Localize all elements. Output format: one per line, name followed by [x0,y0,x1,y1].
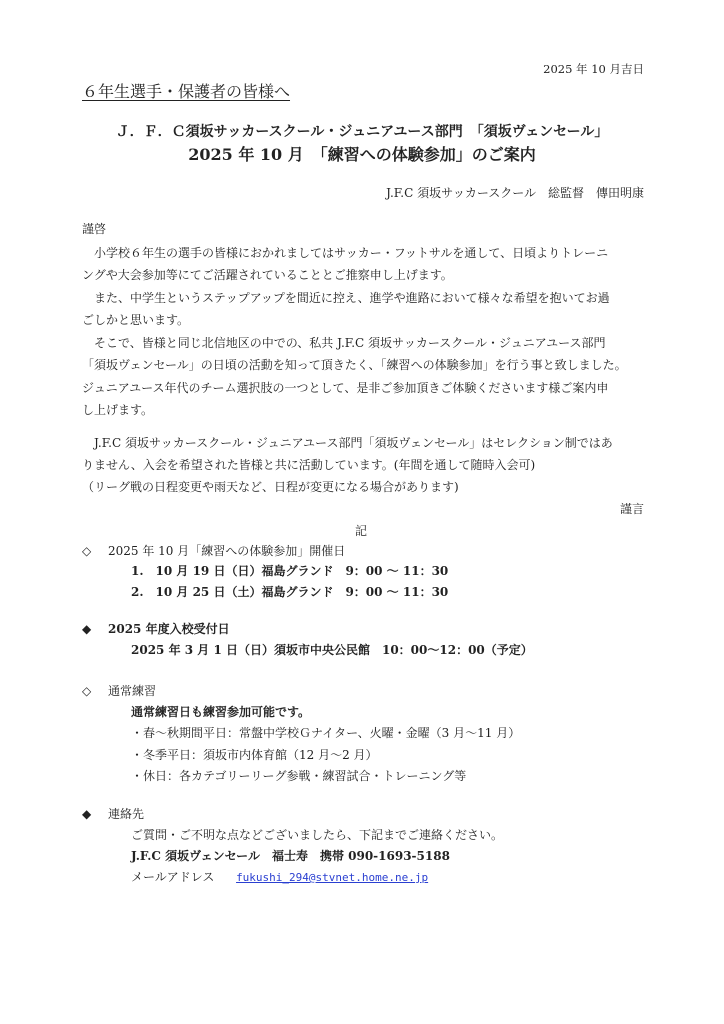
contact-email-row: メールアドレス fukushi_294@stvnet.home.ne.jp [131,868,428,885]
regular-item: ・休日：各カテゴリーリーグ参戦・練習試合・トレーニング等 [131,767,466,784]
trial-section-heading: ◇2025 年 10 月「練習への体験参加」開催日 [82,542,345,559]
sender-line: J.F.C 須坂サッカースクール 総監督 傳田明康 [386,184,644,201]
trial-date-item: 2. 10 月 25 日（土）福島グランド 9：00 〜 11：30 [131,583,448,600]
body-line: （リーグ戦の日程変更や雨天など、日程が変更になる場合があります) [82,478,459,495]
body-line: 「須坂ヴェンセール」の日頃の活動を知って頂きたく、「練習への体験参加」を行う事と… [82,356,627,373]
contact-intro: ご質問・ご不明な点などございましたら、下記までご連絡ください。 [131,826,503,843]
body-line: りません、入会を希望された皆様と共に活動しています。(年間を通して随時入会可) [82,456,535,473]
regular-item: ・春〜秋期間平日：常盤中学校Ｇナイター、火曜・金曜（3 月〜11 月） [131,724,520,741]
email-label: メールアドレス [131,870,214,884]
addressee-heading: ６年生選手・保護者の皆様へ [82,79,290,102]
body-line: そこで、皆様と同じ北信地区の中での、私共 J.F.C 須坂サッカースクール・ジュ… [82,334,606,351]
hollow-diamond-icon: ◇ [82,544,108,558]
body-line: J.F.C 須坂サッカースクール・ジュニアユース部門「須坂ヴェンセール」はセレク… [82,434,613,451]
filled-diamond-icon: ◆ [82,622,108,636]
contact-name-phone: J.F.C 須坂ヴェンセール 福士寿 携帯 090-1693-5188 [131,847,450,864]
email-link[interactable]: fukushi_294@stvnet.home.ne.jp [236,871,428,884]
trial-date-item: 1. 10 月 19 日（日）福島グランド 9：00 〜 11：30 [131,562,448,579]
regular-heading-text: 通常練習 [108,684,156,698]
body-line: ングや大会参加等にてご活躍されていることとご推察申し上げます。 [82,266,453,283]
regular-note: 通常練習日も練習参加可能です。 [131,703,310,720]
contact-heading-text: 連絡先 [108,807,144,821]
filled-diamond-icon: ◆ [82,807,108,821]
hollow-diamond-icon: ◇ [82,684,108,698]
body-line: し上げます。 [82,401,153,418]
regular-item: ・冬季平日：須坂市内体育館（12 月〜2 月） [131,746,378,763]
closing-word: 謹言 [620,500,644,517]
body-line: ジュニアユース年代のチーム選択肢の一つとして、是非ご参加頂きご体験くださいます様… [82,379,608,396]
document-title-line2: 2025 年 10 月 「練習への体験参加」のご案内 [0,142,724,165]
opening-greeting: 謹啓 [82,220,106,237]
body-line: 小学校６年生の選手の皆様におかれましてはサッカー・フットサルを通して、日頃よりト… [82,244,608,261]
document-title-line1: Ｊ．Ｆ．Ｃ須坂サッカースクール・ジュニアユース部門 「須坂ヴェンセール」 [0,121,724,141]
trial-heading-text: 2025 年 10 月「練習への体験参加」開催日 [108,544,345,558]
enroll-heading-text: 2025 年度入校受付日 [108,622,230,636]
ki-marker: 記 [355,522,367,539]
document-date: 2025 年 10 月吉日 [543,61,644,77]
contact-section-heading: ◆連絡先 [82,805,144,822]
body-line: ごしかと思います。 [82,311,189,328]
enroll-section-heading: ◆2025 年度入校受付日 [82,620,230,637]
regular-section-heading: ◇通常練習 [82,682,156,699]
enroll-detail: 2025 年 3 月 1 日（日）須坂市中央公民館 10：00〜12：00（予定… [131,641,533,658]
body-line: また、中学生というステップアップを間近に控え、進学や進路において様々な希望を抱い… [82,289,610,306]
